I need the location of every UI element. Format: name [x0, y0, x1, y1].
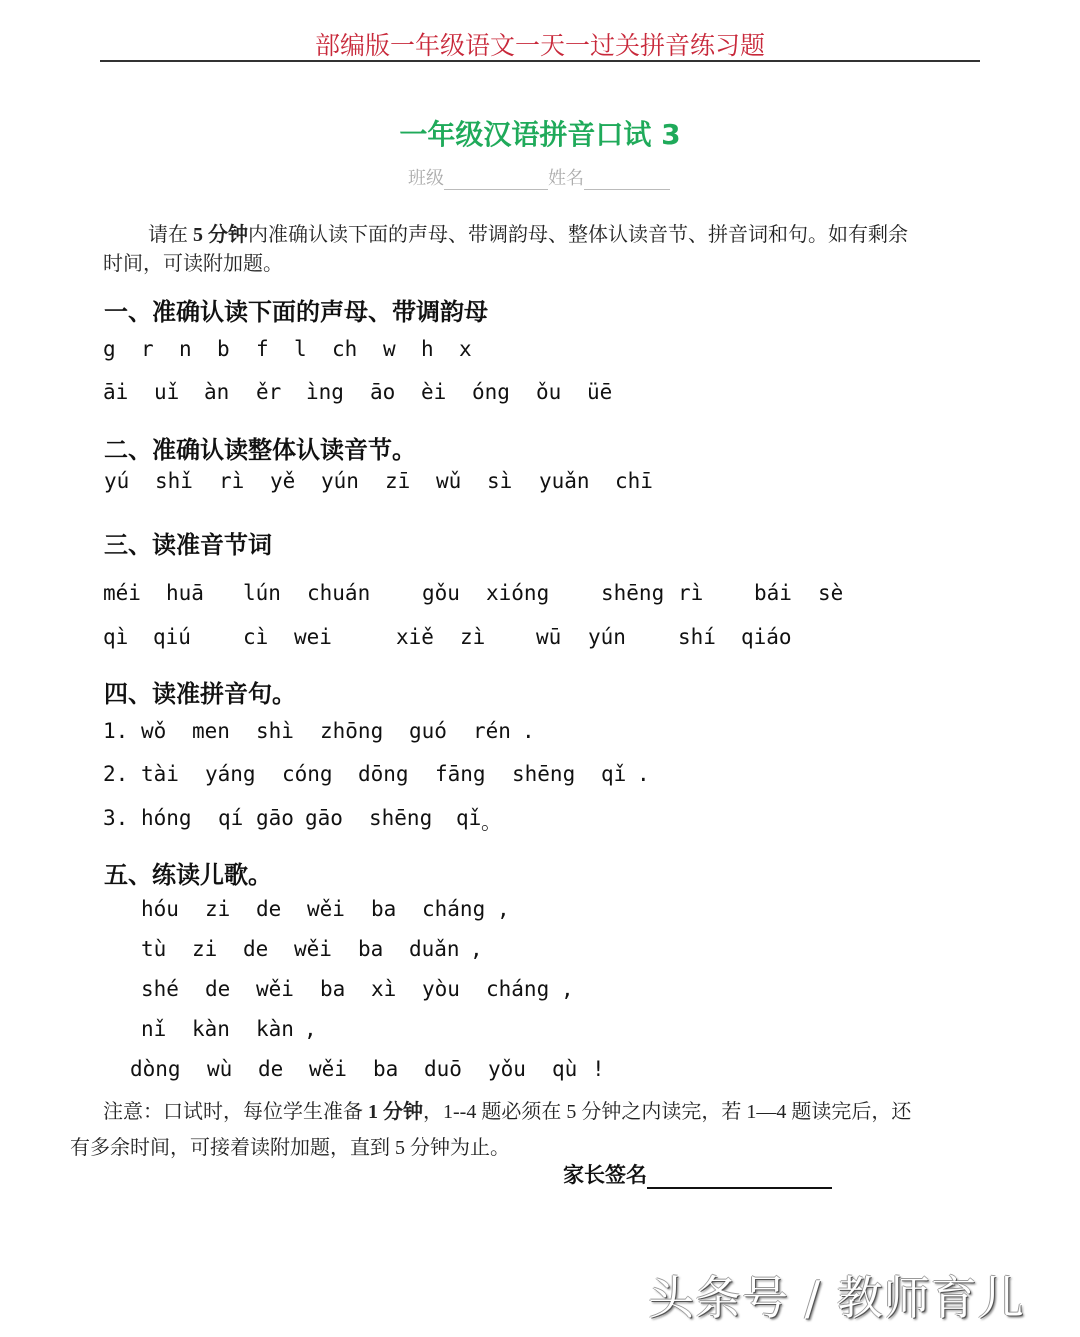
- pinyin-item: tù: [141, 937, 166, 961]
- punctuation: .: [522, 719, 535, 743]
- pinyin-item: gāo: [305, 806, 343, 830]
- pinyin-item: yún: [321, 469, 359, 493]
- pinyin-item: àn: [204, 380, 229, 404]
- pinyin-item: guó: [409, 719, 447, 743]
- section-1-heading: 一、准确认读下面的声母、带调韵母: [104, 292, 488, 327]
- section-2-heading: 二、准确认读整体认读音节。: [104, 430, 416, 465]
- pinyin-item: dōng: [358, 762, 409, 786]
- pinyin-item: ba: [371, 897, 396, 921]
- pinyin-item: rì: [219, 469, 244, 493]
- pinyin-item: èi: [421, 380, 446, 404]
- pinyin-item: qí: [218, 806, 243, 830]
- pinyin-item: l: [294, 337, 307, 361]
- pinyin-item: tài: [141, 762, 179, 786]
- punctuation: .: [637, 762, 650, 786]
- pinyin-item: shǐ: [155, 469, 193, 493]
- pinyin-item: qù: [552, 1057, 577, 1081]
- punctuation: ,: [304, 1017, 317, 1041]
- pinyin-item: rì: [678, 581, 703, 605]
- pinyin-item: f: [256, 337, 269, 361]
- pinyin-item: gǒu: [422, 581, 460, 605]
- rhyme-line-1: hóu zi de wěi ba cháng ,: [0, 897, 1080, 925]
- pinyin-item: nǐ: [141, 1017, 166, 1041]
- pinyin-item: wěi: [309, 1057, 347, 1081]
- pinyin-item: qì: [103, 625, 128, 649]
- pinyin-item: sè: [818, 581, 843, 605]
- words-row-2: qì qiú cì wei xiě zì wū yún shí qiáo: [0, 625, 1080, 653]
- pinyin-item: duǎn: [409, 937, 460, 961]
- pinyin-item: qiáo: [741, 625, 792, 649]
- rhyme-line-3: shé de wěi ba xì yòu cháng ,: [0, 977, 1080, 1005]
- rhyme-line-4: nǐ kàn kàn ,: [0, 1017, 1080, 1045]
- pinyin-item: cì: [243, 625, 268, 649]
- note-line-2: 有多余时间，可接着读附加题，直到 5 分钟为止。: [70, 1131, 510, 1160]
- pinyin-item: bái: [754, 581, 792, 605]
- pinyin-item: shēng: [512, 762, 575, 786]
- class-name-fields: 班级姓名: [408, 164, 670, 190]
- pinyin-item: yòu: [422, 977, 460, 1001]
- signature-blank[interactable]: [647, 1165, 832, 1189]
- punctuation: ,: [561, 977, 574, 1001]
- pinyin-item: kàn: [192, 1017, 230, 1041]
- document-title: 一年级汉语拼音口试 3: [0, 113, 1080, 153]
- pinyin-item: wū: [536, 625, 561, 649]
- pinyin-item: ba: [358, 937, 383, 961]
- pinyin-item: w: [383, 337, 396, 361]
- note-line-1: 注意：口试时，每位学生准备 1 分钟，1--4 题必须在 5 分钟之内读完，若 …: [103, 1095, 911, 1124]
- pinyin-item: ǒu: [536, 380, 561, 404]
- pinyin-item: wǔ: [436, 469, 461, 493]
- pinyin-item: yáng: [205, 762, 256, 786]
- pinyin-item: méi: [103, 581, 141, 605]
- pinyin-item: yú: [104, 469, 129, 493]
- watermark: 头条号 / 教师育儿: [648, 1262, 1025, 1328]
- sentence-1: 1. wǒ men shì zhōng guó rén .: [0, 719, 1080, 747]
- pinyin-item: shé: [141, 977, 179, 1001]
- finals-row: āi uǐ àn ěr ìng āo èi óng ǒu üē: [0, 380, 1080, 408]
- pinyin-item: huā: [166, 581, 204, 605]
- note-text: ，1--4 题必须在 5 分钟之内读完，若 1—4 题读完后，还: [423, 1101, 911, 1123]
- pinyin-item: wei: [294, 625, 332, 649]
- pinyin-item: ěr: [256, 380, 281, 404]
- note-bold: 1 分钟: [368, 1101, 423, 1123]
- pinyin-item: yún: [588, 625, 626, 649]
- intro-text: 请在: [148, 224, 193, 246]
- pinyin-item: chī: [615, 469, 653, 493]
- pinyin-item: xì: [371, 977, 396, 1001]
- pinyin-item: shí: [678, 625, 716, 649]
- section-5-heading: 五、练读儿歌。: [104, 855, 272, 890]
- pinyin-item: sì: [487, 469, 512, 493]
- pinyin-item: uǐ: [154, 380, 179, 404]
- whole-syllables-row: yú shǐ rì yě yún zī wǔ sì yuǎn chī: [0, 469, 1080, 497]
- pinyin-item: men: [192, 719, 230, 743]
- words-row-1: méi huā lún chuán gǒu xióng shēng rì bái…: [0, 581, 1080, 609]
- pinyin-item: yě: [270, 469, 295, 493]
- pinyin-item: kàn: [256, 1017, 294, 1041]
- punctuation: 。: [481, 806, 502, 836]
- pinyin-item: b: [217, 337, 230, 361]
- pinyin-item: xiě: [396, 625, 434, 649]
- intro-text: 内准确认读下面的声母、带调韵母、整体认读音节、拼音词和句。如有剩余: [248, 224, 908, 246]
- sentence-number: 2.: [103, 762, 128, 786]
- pinyin-item: qǐ: [601, 762, 626, 786]
- pinyin-item: wěi: [294, 937, 332, 961]
- pinyin-item: zì: [460, 625, 485, 649]
- name-label: 姓名: [548, 168, 584, 189]
- note-text: 注意：口试时，每位学生准备: [103, 1101, 368, 1123]
- sentence-number: 3.: [103, 806, 128, 830]
- pinyin-item: ch: [332, 337, 357, 361]
- pinyin-item: de: [205, 977, 230, 1001]
- pinyin-item: yuǎn: [539, 469, 590, 493]
- pinyin-item: n: [179, 337, 192, 361]
- pinyin-item: wǒ: [141, 719, 166, 743]
- intro-line-2: 时间，可读附加题。: [103, 247, 283, 276]
- sentence-3: 3. hóng qí gāo gāo shēng qǐ 。: [0, 806, 1080, 834]
- pinyin-item: zhōng: [320, 719, 383, 743]
- pinyin-item: ba: [320, 977, 345, 1001]
- pinyin-item: gāo: [256, 806, 294, 830]
- pinyin-item: shēng: [369, 806, 432, 830]
- pinyin-item: āo: [370, 380, 395, 404]
- pinyin-item: chuán: [307, 581, 370, 605]
- pinyin-item: g: [103, 337, 116, 361]
- rhyme-line-5: dòng wù de wěi ba duō yǒu qù !: [0, 1057, 1080, 1085]
- pinyin-item: hóu: [141, 897, 179, 921]
- section-3-heading: 三、读准音节词: [104, 525, 272, 560]
- pinyin-item: dòng: [130, 1057, 181, 1081]
- pinyin-item: wěi: [307, 897, 345, 921]
- pinyin-item: cháng: [422, 897, 485, 921]
- pinyin-item: ìng: [306, 380, 344, 404]
- pinyin-item: x: [459, 337, 472, 361]
- pinyin-item: zī: [385, 469, 410, 493]
- sentence-number: 1.: [103, 719, 128, 743]
- pinyin-item: lún: [243, 581, 281, 605]
- signature-label: 家长签名: [563, 1162, 647, 1187]
- section-4-heading: 四、读准拼音句。: [104, 674, 296, 709]
- pinyin-item: xióng: [486, 581, 549, 605]
- intro-bold: 5 分钟: [193, 224, 248, 246]
- name-blank[interactable]: [584, 169, 670, 190]
- pinyin-item: qiú: [153, 625, 191, 649]
- pinyin-item: shì: [256, 719, 294, 743]
- pinyin-item: h: [421, 337, 434, 361]
- pinyin-item: üē: [587, 380, 612, 404]
- pinyin-item: zi: [205, 897, 230, 921]
- pinyin-item: āi: [103, 380, 128, 404]
- parent-signature: 家长签名: [563, 1159, 832, 1189]
- pinyin-item: qǐ: [456, 806, 481, 830]
- header-divider: [100, 60, 980, 62]
- class-label: 班级: [408, 168, 444, 189]
- punctuation: !: [592, 1057, 605, 1081]
- pinyin-item: rén: [473, 719, 511, 743]
- initials-row: g r n b f l ch w h x: [0, 337, 1080, 365]
- pinyin-item: wěi: [256, 977, 294, 1001]
- pinyin-item: de: [256, 897, 281, 921]
- pinyin-item: de: [243, 937, 268, 961]
- pinyin-item: duō: [424, 1057, 462, 1081]
- pinyin-item: yǒu: [488, 1057, 526, 1081]
- sentence-2: 2. tài yáng cóng dōng fāng shēng qǐ .: [0, 762, 1080, 790]
- intro-line-1: 请在 5 分钟内准确认读下面的声母、带调韵母、整体认读音节、拼音词和句。如有剩余: [148, 218, 908, 247]
- pinyin-item: óng: [472, 380, 510, 404]
- pinyin-item: shēng: [601, 581, 664, 605]
- pinyin-item: hóng: [141, 806, 192, 830]
- class-blank[interactable]: [444, 169, 548, 190]
- pinyin-item: cháng: [486, 977, 549, 1001]
- pinyin-item: ba: [373, 1057, 398, 1081]
- pinyin-item: r: [141, 337, 154, 361]
- pinyin-item: zi: [192, 937, 217, 961]
- punctuation: ,: [497, 897, 510, 921]
- pinyin-item: fāng: [435, 762, 486, 786]
- header-title: 部编版一年级语文一天一过关拼音练习题: [0, 26, 1080, 62]
- pinyin-item: cóng: [282, 762, 333, 786]
- pinyin-item: wù: [207, 1057, 232, 1081]
- rhyme-line-2: tù zi de wěi ba duǎn ,: [0, 937, 1080, 965]
- pinyin-item: de: [258, 1057, 283, 1081]
- punctuation: ,: [470, 937, 483, 961]
